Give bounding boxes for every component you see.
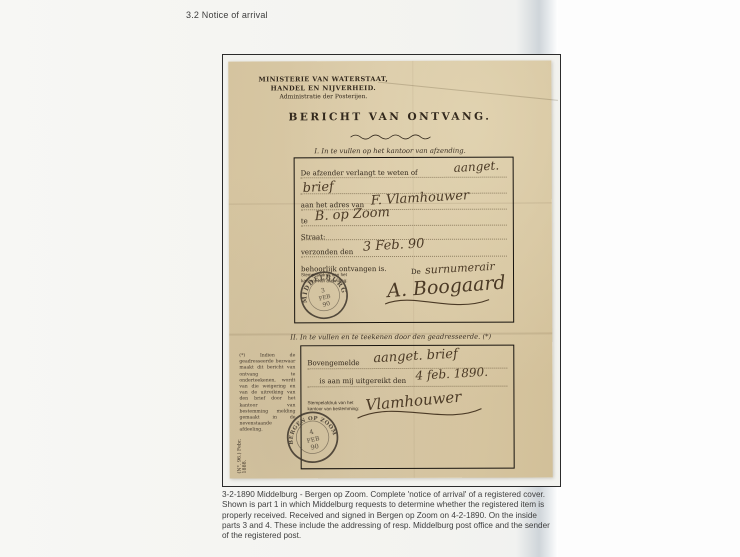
- signature-flourish: [383, 298, 493, 310]
- document-title: BERICHT VAN ONTVANG.: [228, 110, 551, 123]
- form-row: is aan mij uitgereikt den 4 feb. 1890.: [307, 370, 507, 388]
- form-row: verzonden den 3 Feb. 90: [301, 241, 507, 258]
- issuer-line: Administratie der Posterijen.: [242, 92, 404, 101]
- item-type-handwriting: aanget.: [453, 158, 499, 175]
- signature-sender-office: A. Boogaard: [387, 276, 506, 298]
- form-row: De afzender verlangt te weten of aanget.: [301, 162, 507, 179]
- postmark-day: 4: [309, 428, 315, 437]
- background-right: [558, 0, 740, 557]
- page-title: 3.2 Notice of arrival: [186, 10, 268, 20]
- section1-box: De afzender verlangt te weten of aanget.…: [294, 157, 515, 324]
- album-page-photo: 3.2 Notice of arrival MINISTERIE VAN WAT…: [0, 0, 740, 557]
- postmark-bergen-op-zoom: BERGEN OP ZOOM 4 FEB 90: [280, 405, 344, 469]
- form-number: (N°. 96.) Febr. 1888.: [238, 429, 248, 473]
- postmark-year: 90: [310, 442, 320, 452]
- exhibit-caption: 3-2-1890 Middelburg - Bergen op Zoom. Co…: [222, 490, 556, 542]
- signature-flourish: [355, 408, 485, 422]
- item-handwriting: aanget. brief: [373, 347, 458, 367]
- place-handwriting: B. op Zoom: [314, 205, 390, 224]
- divider-squiggle: [229, 126, 552, 145]
- item-label: Bovengemelde: [307, 359, 359, 367]
- section1-heading: I. In te vullen op het kantoor van afzen…: [229, 146, 552, 155]
- sent-date-handwriting: 3 Feb. 90: [363, 236, 425, 254]
- signer-prefix: De: [411, 268, 421, 276]
- requests-label: De afzender verlangt te weten of: [301, 169, 418, 177]
- postmark-day: 3: [320, 287, 326, 295]
- signature-addressee: Vlamhouwer: [365, 392, 461, 411]
- delivered-date-handwriting: 4 feb. 1890.: [415, 365, 488, 383]
- place-label: te: [301, 217, 308, 225]
- issuer-line: MINISTERIE VAN WATERSTAAT,: [242, 75, 404, 84]
- street-label: Straat:: [301, 233, 326, 241]
- section2-heading: II. In te vullen en te teekenen door den…: [229, 332, 552, 341]
- postmark-year: 90: [322, 300, 331, 309]
- issuer-block: MINISTERIE VAN WATERSTAAT, HANDEL EN NIJ…: [242, 75, 404, 101]
- section2-box: Bovengemelde aanget. brief is aan mij ui…: [300, 345, 514, 470]
- form-row: te B. op Zoom: [301, 210, 507, 227]
- delivered-label: is aan mij uitgereikt den: [319, 377, 406, 385]
- sent-label: verzonden den: [301, 248, 353, 256]
- document-paper: MINISTERIE VAN WATERSTAAT, HANDEL EN NIJ…: [228, 60, 552, 478]
